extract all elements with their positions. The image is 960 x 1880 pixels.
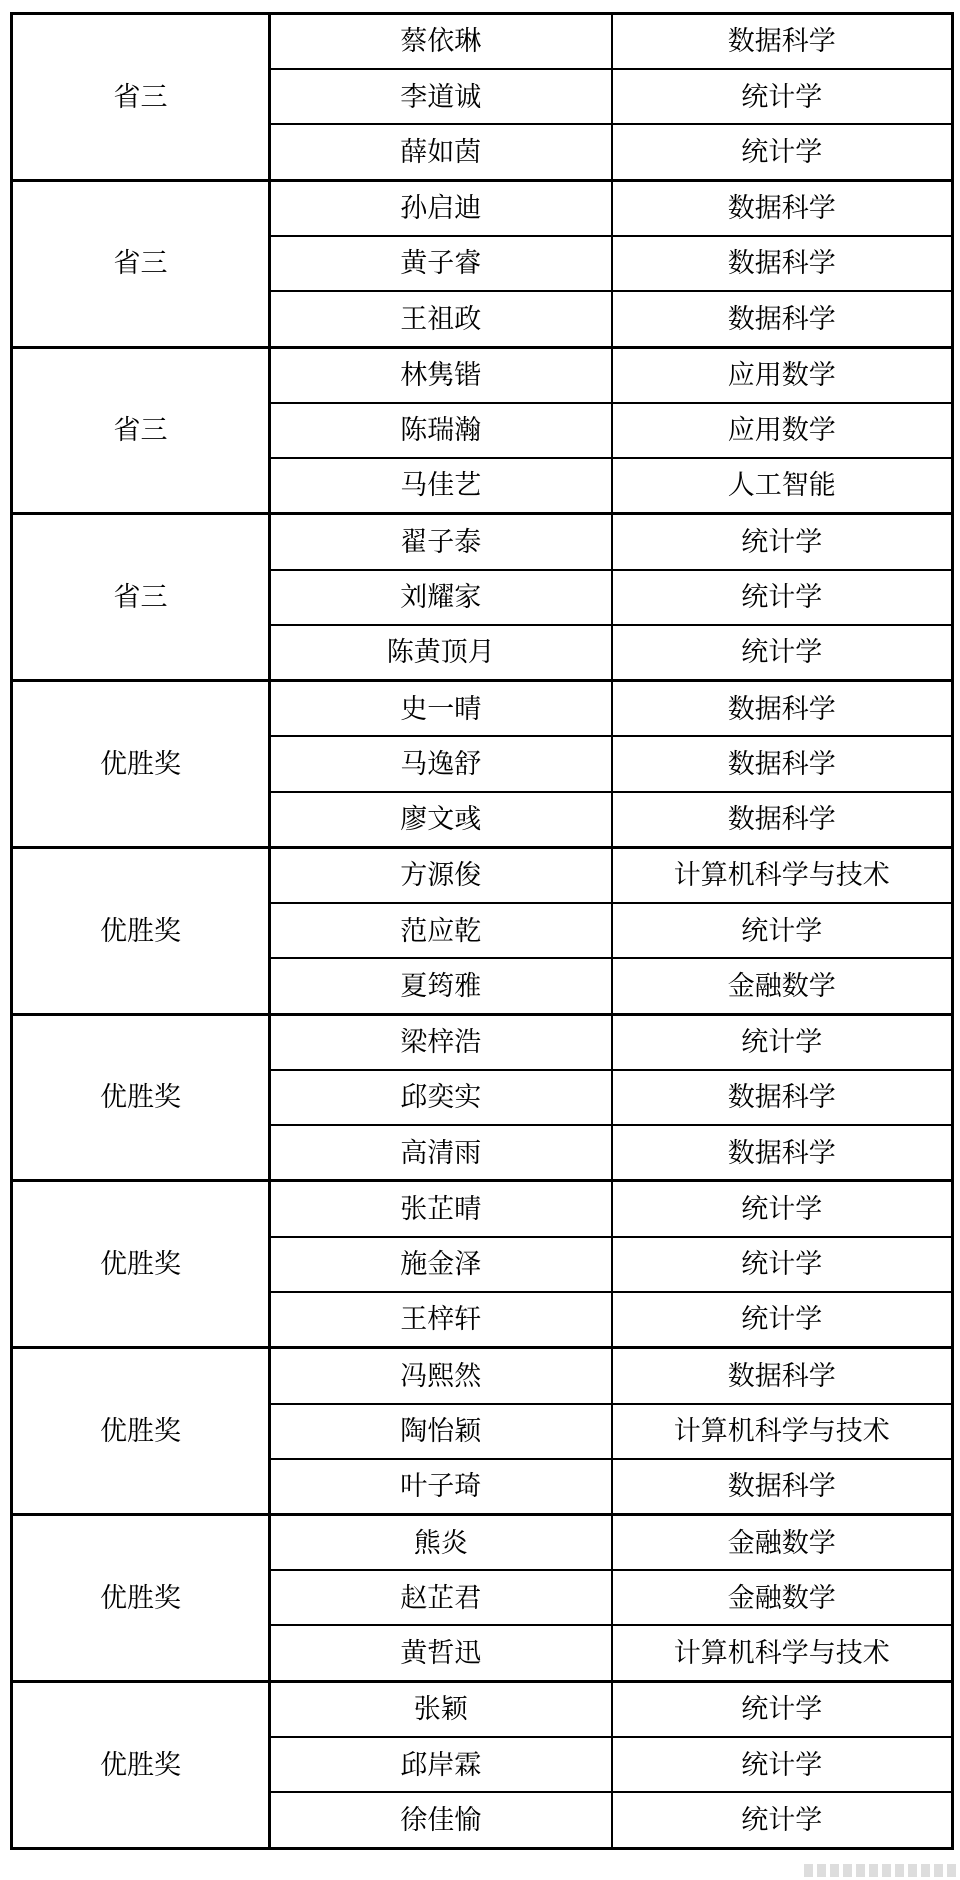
award-cell: 优胜奖 <box>12 847 270 1014</box>
table-row: 省三林隽锴应用数学 <box>12 347 953 403</box>
name-cell: 王梓轩 <box>270 1292 612 1348</box>
major-cell: 数据科学 <box>612 1348 953 1404</box>
major-cell: 统计学 <box>612 514 953 570</box>
name-cell: 叶子琦 <box>270 1459 612 1515</box>
major-cell: 统计学 <box>612 1181 953 1237</box>
major-cell: 统计学 <box>612 69 953 124</box>
major-cell: 金融数学 <box>612 958 953 1014</box>
major-cell: 数据科学 <box>612 236 953 291</box>
name-cell: 王祖政 <box>270 291 612 347</box>
major-cell: 统计学 <box>612 1792 953 1848</box>
major-cell: 计算机科学与技术 <box>612 1625 953 1681</box>
name-cell: 林隽锴 <box>270 347 612 403</box>
table-row: 优胜奖张芷晴统计学 <box>12 1181 953 1237</box>
award-cell: 优胜奖 <box>12 1515 270 1682</box>
major-cell: 数据科学 <box>612 14 953 70</box>
name-cell: 陈瑞瀚 <box>270 403 612 458</box>
major-cell: 统计学 <box>612 570 953 625</box>
name-cell: 马佳艺 <box>270 458 612 514</box>
table-row: 优胜奖方源俊计算机科学与技术 <box>12 847 953 903</box>
name-cell: 徐佳愉 <box>270 1792 612 1848</box>
table-row: 优胜奖冯熙然数据科学 <box>12 1348 953 1404</box>
major-cell: 数据科学 <box>612 736 953 791</box>
name-cell: 蔡依琳 <box>270 14 612 70</box>
name-cell: 史一晴 <box>270 681 612 737</box>
award-cell: 省三 <box>12 180 270 347</box>
name-cell: 方源俊 <box>270 847 612 903</box>
name-cell: 赵芷君 <box>270 1570 612 1625</box>
name-cell: 陈黄顶月 <box>270 625 612 681</box>
major-cell: 统计学 <box>612 124 953 180</box>
major-cell: 统计学 <box>612 1292 953 1348</box>
awards-table-body: 省三蔡依琳数据科学李道诚统计学薛如茵统计学省三孙启迪数据科学黄子睿数据科学王祖政… <box>12 14 953 1849</box>
name-cell: 黄子睿 <box>270 236 612 291</box>
major-cell: 统计学 <box>612 1681 953 1737</box>
name-cell: 邱奕实 <box>270 1070 612 1125</box>
name-cell: 范应乾 <box>270 903 612 958</box>
award-cell: 省三 <box>12 514 270 681</box>
major-cell: 应用数学 <box>612 347 953 403</box>
award-cell: 优胜奖 <box>12 1348 270 1515</box>
major-cell: 统计学 <box>612 903 953 958</box>
name-cell: 夏筠雅 <box>270 958 612 1014</box>
name-cell: 熊炎 <box>270 1515 612 1571</box>
table-row: 优胜奖史一晴数据科学 <box>12 681 953 737</box>
name-cell: 马逸舒 <box>270 736 612 791</box>
name-cell: 张芷晴 <box>270 1181 612 1237</box>
major-cell: 金融数学 <box>612 1570 953 1625</box>
name-cell: 刘耀家 <box>270 570 612 625</box>
name-cell: 李道诚 <box>270 69 612 124</box>
name-cell: 翟子泰 <box>270 514 612 570</box>
major-cell: 数据科学 <box>612 1459 953 1515</box>
name-cell: 冯熙然 <box>270 1348 612 1404</box>
major-cell: 数据科学 <box>612 681 953 737</box>
major-cell: 数据科学 <box>612 1125 953 1181</box>
major-cell: 数据科学 <box>612 1070 953 1125</box>
major-cell: 金融数学 <box>612 1515 953 1571</box>
major-cell: 应用数学 <box>612 403 953 458</box>
major-cell: 数据科学 <box>612 180 953 236</box>
major-cell: 统计学 <box>612 1237 953 1292</box>
name-cell: 廖文彧 <box>270 792 612 848</box>
name-cell: 施金泽 <box>270 1237 612 1292</box>
name-cell: 陶怡颖 <box>270 1404 612 1459</box>
table-row: 优胜奖张颖统计学 <box>12 1681 953 1737</box>
major-cell: 数据科学 <box>612 792 953 848</box>
major-cell: 统计学 <box>612 1737 953 1792</box>
award-cell: 优胜奖 <box>12 1181 270 1348</box>
major-cell: 统计学 <box>612 625 953 681</box>
name-cell: 薛如茵 <box>270 124 612 180</box>
major-cell: 数据科学 <box>612 291 953 347</box>
table-row: 省三蔡依琳数据科学 <box>12 14 953 70</box>
table-row: 优胜奖熊炎金融数学 <box>12 1515 953 1571</box>
table-row: 省三翟子泰统计学 <box>12 514 953 570</box>
major-cell: 统计学 <box>612 1014 953 1070</box>
major-cell: 计算机科学与技术 <box>612 1404 953 1459</box>
award-cell: 优胜奖 <box>12 1681 270 1848</box>
awards-table: 省三蔡依琳数据科学李道诚统计学薛如茵统计学省三孙启迪数据科学黄子睿数据科学王祖政… <box>10 12 954 1850</box>
name-cell: 梁梓浩 <box>270 1014 612 1070</box>
award-cell: 省三 <box>12 14 270 181</box>
major-cell: 计算机科学与技术 <box>612 847 953 903</box>
name-cell: 邱岸霖 <box>270 1737 612 1792</box>
name-cell: 孙启迪 <box>270 180 612 236</box>
table-row: 优胜奖梁梓浩统计学 <box>12 1014 953 1070</box>
major-cell: 人工智能 <box>612 458 953 514</box>
name-cell: 高清雨 <box>270 1125 612 1181</box>
table-row: 省三孙启迪数据科学 <box>12 180 953 236</box>
award-cell: 优胜奖 <box>12 681 270 848</box>
name-cell: 张颖 <box>270 1681 612 1737</box>
award-cell: 省三 <box>12 347 270 514</box>
award-cell: 优胜奖 <box>12 1014 270 1181</box>
name-cell: 黄哲迅 <box>270 1625 612 1681</box>
watermark-fragment <box>804 1864 956 1877</box>
